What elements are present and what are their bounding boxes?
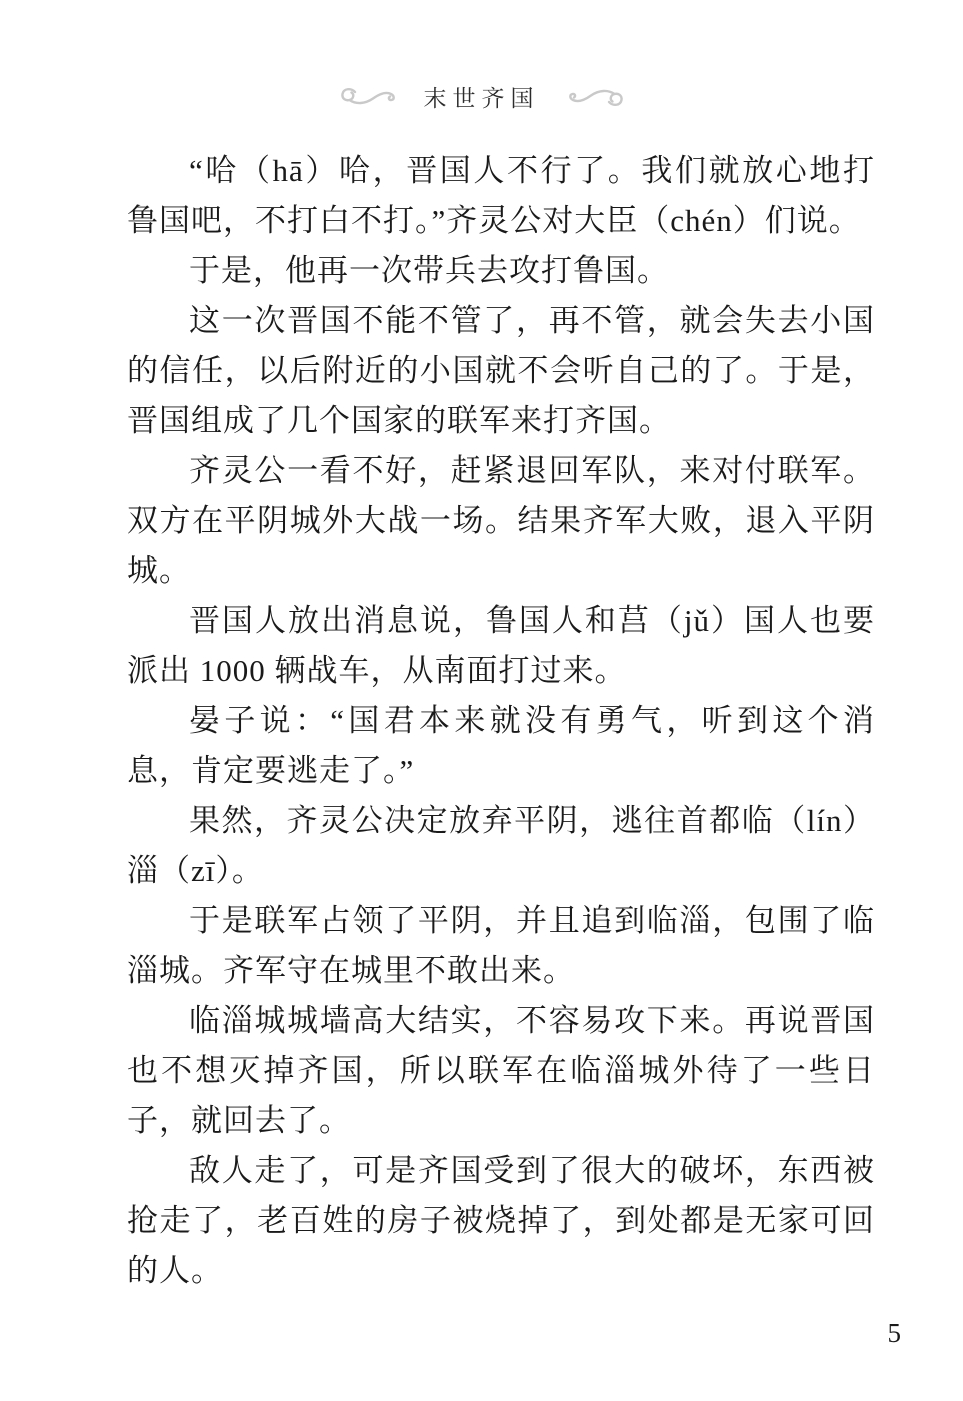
paragraph-4: 齐灵公一看不好，赶紧退回军队，来对付联军。双方在平阴城外大战一场。结果齐军大败，… bbox=[127, 446, 875, 596]
paragraph-8: 于是联军占领了平阴，并且追到临淄，包围了临淄城。齐军守在城里不敢出来。 bbox=[127, 896, 875, 996]
flourish-left-icon bbox=[340, 86, 398, 108]
paragraph-5: 晋国人放出消息说，鲁国人和莒（jǔ）国人也要派出 1000 辆战车，从南面打过来… bbox=[127, 596, 875, 696]
paragraph-10: 敌人走了，可是齐国受到了很大的破坏，东西被抢走了，老百姓的房子被烧掉了，到处都是… bbox=[127, 1146, 875, 1296]
paragraph-3: 这一次晋国不能不管了，再不管，就会失去小国的信任，以后附近的小国就不会听自己的了… bbox=[127, 296, 875, 446]
chapter-header: 末世齐国 bbox=[0, 80, 963, 113]
page-body: “哈（hā）哈，晋国人不行了。我们就放心地打鲁国吧，不打白不打。”齐灵公对大臣（… bbox=[127, 146, 875, 1296]
paragraph-2: 于是，他再一次带兵去攻打鲁国。 bbox=[127, 246, 875, 296]
chapter-title: 末世齐国 bbox=[424, 80, 540, 113]
paragraph-9: 临淄城城墙高大结实，不容易攻下来。再说晋国也不想灭掉齐国，所以联军在临淄城外待了… bbox=[127, 996, 875, 1146]
page-number: 5 bbox=[888, 1318, 902, 1349]
book-page: 末世齐国 “哈（hā）哈，晋国人不行了。我们就放心地打鲁国吧，不打白不打。”齐灵… bbox=[0, 0, 963, 1401]
paragraph-6: 晏子说：“国君本来就没有勇气，听到这个消息，肯定要逃走了。” bbox=[127, 696, 875, 796]
flourish-right-icon bbox=[566, 86, 624, 108]
paragraph-1: “哈（hā）哈，晋国人不行了。我们就放心地打鲁国吧，不打白不打。”齐灵公对大臣（… bbox=[127, 146, 875, 246]
paragraph-7: 果然，齐灵公决定放弃平阴，逃往首都临（lín）淄（zī）。 bbox=[127, 796, 875, 896]
